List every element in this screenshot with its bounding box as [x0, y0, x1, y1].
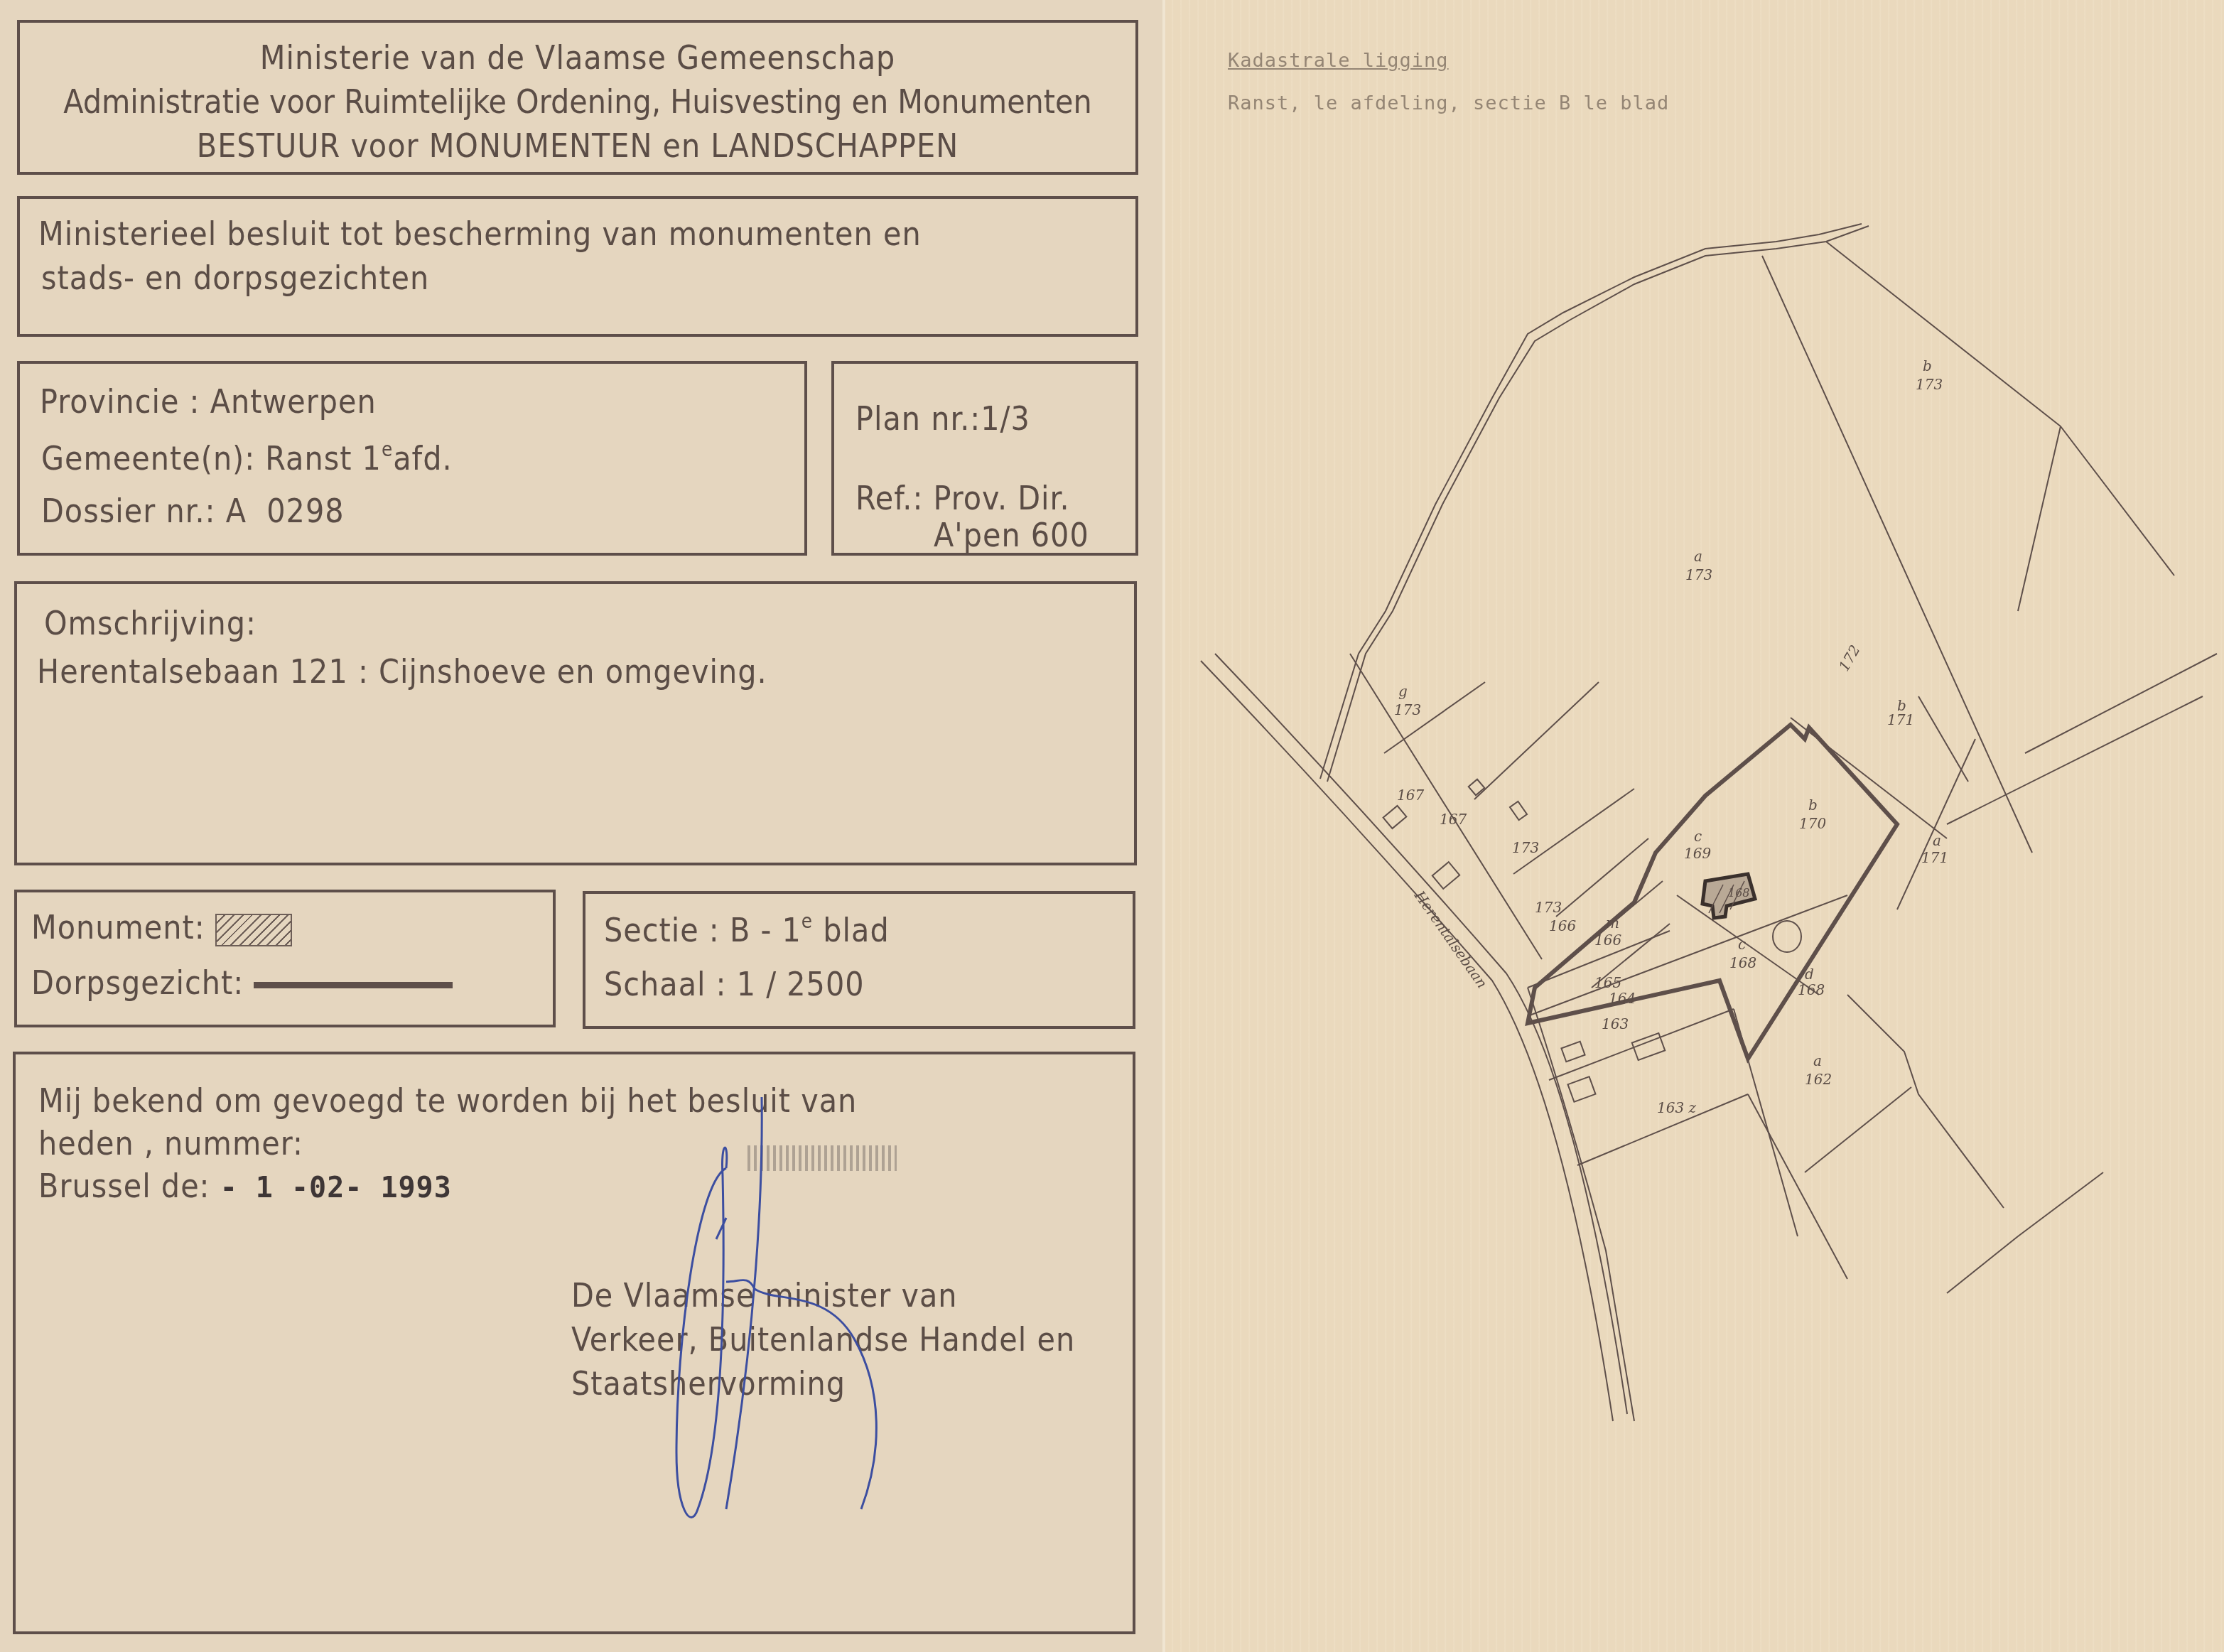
monument-label: Monument: — [31, 908, 205, 946]
sectie-label: Sectie : — [604, 911, 720, 949]
department-name: BESTUUR voor MONUMENTEN en LANDSCHAPPEN — [20, 126, 1135, 165]
ref-line-1: Prov. Dir. — [934, 479, 1070, 517]
description-value: Herentalsebaan 121 : Cijnshoeve en omgev… — [37, 652, 767, 691]
svg-text:b: b — [1923, 357, 1932, 374]
schaal-label: Schaal : — [604, 965, 727, 1003]
description-label: Omschrijving: — [44, 604, 257, 642]
gemeente-superscript: e — [382, 438, 393, 461]
signature-icon — [16, 1054, 1138, 1637]
dorpsgezicht-line-icon — [254, 982, 453, 988]
plan-box: Plan nr.:1/3 Ref.: Prov. Dir. A'pen 600 — [831, 361, 1138, 556]
street-label: Herentalsebaan — [1410, 887, 1491, 991]
legend-box: Monument: Dorpsgezicht: — [14, 890, 556, 1027]
svg-text:163: 163 — [1602, 1015, 1629, 1032]
ref-line-2: A'pen 600 — [934, 516, 1089, 554]
svg-text:c: c — [1694, 828, 1702, 845]
svg-text:a: a — [1694, 548, 1702, 565]
gemeente-suffix: afd. — [393, 439, 452, 477]
svg-text:166: 166 — [1594, 932, 1621, 949]
svg-text:173: 173 — [1512, 839, 1539, 856]
location-box: Provincie : Antwerpen Gemeente(n): Ranst… — [17, 361, 807, 556]
svg-text:171: 171 — [1921, 849, 1948, 866]
svg-text:g: g — [1398, 683, 1408, 700]
svg-text:163 z: 163 z — [1657, 1099, 1697, 1116]
svg-text:a: a — [1813, 1052, 1822, 1069]
svg-text:168: 168 — [1798, 981, 1825, 998]
monument-hatch-icon — [215, 914, 292, 946]
svg-text:172: 172 — [1835, 642, 1864, 674]
dorpsgezicht-legend: Dorpsgezicht: — [31, 963, 453, 1002]
dossier-value: A 0298 — [226, 492, 345, 530]
monument-legend: Monument: — [31, 908, 292, 946]
svg-text:168: 168 — [1729, 954, 1756, 971]
svg-text:166: 166 — [1549, 917, 1576, 934]
dossier-label: Dossier nr.: — [41, 492, 216, 530]
svg-text:a: a — [1933, 832, 1941, 849]
gemeente-value: Ranst 1 — [265, 439, 382, 477]
provincie-field: Provincie : Antwerpen — [40, 382, 377, 421]
sectie-superscript: e — [801, 909, 813, 933]
ref-field: Ref.: Prov. Dir. — [855, 479, 1070, 517]
dossier-field: Dossier nr.: A 0298 — [41, 492, 345, 530]
svg-text:171: 171 — [1887, 711, 1914, 728]
gemeente-label: Gemeente(n): — [41, 439, 255, 477]
decree-box: Ministerieel besluit tot bescherming van… — [17, 196, 1138, 337]
form-page: Ministerie van de Vlaamse Gemeenschap Ad… — [0, 0, 1165, 1652]
decree-line-2: stads- en dorpsgezichten — [41, 259, 429, 297]
svg-text:170: 170 — [1799, 815, 1826, 832]
svg-text:173: 173 — [1394, 701, 1421, 718]
svg-text:d: d — [1805, 966, 1814, 983]
svg-text:167: 167 — [1397, 787, 1424, 804]
section-box: Sectie : B - 1e blad Schaal : 1 / 2500 — [583, 891, 1135, 1029]
ministry-header-box: Ministerie van de Vlaamse Gemeenschap Ad… — [17, 20, 1138, 175]
svg-text:b: b — [1808, 797, 1818, 814]
svg-text:167: 167 — [1440, 811, 1467, 828]
gemeente-field: Gemeente(n): Ranst 1eafd. — [41, 438, 453, 477]
dorpsgezicht-label: Dorpsgezicht: — [31, 963, 244, 1002]
svg-text:173: 173 — [1685, 566, 1712, 583]
cadastral-map: b173 a173 g173 172 b171 a171 b170 c169 1… — [1165, 0, 2224, 1652]
administration-name: Administratie voor Ruimtelijke Ordening,… — [20, 82, 1135, 121]
description-box: Omschrijving: Herentalsebaan 121 : Cijns… — [14, 581, 1137, 865]
decree-line-1: Ministerieel besluit tot bescherming van… — [38, 215, 922, 253]
plan-value: 1/3 — [981, 399, 1030, 438]
provincie-label: Provincie : — [40, 382, 200, 421]
plan-label: Plan nr.: — [855, 399, 981, 438]
svg-text:173: 173 — [1535, 899, 1562, 916]
svg-text:168: 168 — [1728, 886, 1750, 900]
schaal-value: 1 / 2500 — [737, 965, 865, 1003]
sectie-value: B - 1 — [730, 911, 801, 949]
schaal-field: Schaal : 1 / 2500 — [604, 965, 865, 1003]
ref-label: Ref.: — [855, 479, 923, 517]
svg-text:173: 173 — [1916, 376, 1943, 393]
sectie-field: Sectie : B - 1e blad — [604, 909, 890, 949]
provincie-value: Antwerpen — [210, 382, 377, 421]
svg-text:162: 162 — [1805, 1071, 1832, 1088]
sectie-suffix: blad — [823, 911, 889, 949]
svg-text:c: c — [1738, 936, 1746, 953]
svg-text:m: m — [1606, 914, 1619, 932]
svg-text:165: 165 — [1594, 974, 1621, 991]
svg-text:164: 164 — [1609, 990, 1636, 1007]
ministry-name: Ministerie van de Vlaamse Gemeenschap — [20, 38, 1135, 77]
plan-number-field: Plan nr.:1/3 — [855, 399, 1030, 438]
svg-text:169: 169 — [1684, 845, 1711, 862]
cadastral-map-page: Kadastrale ligging Ranst, le afdeling, s… — [1165, 0, 2224, 1652]
signature-box: Mij bekend om gevoegd te worden bij het … — [13, 1052, 1135, 1634]
